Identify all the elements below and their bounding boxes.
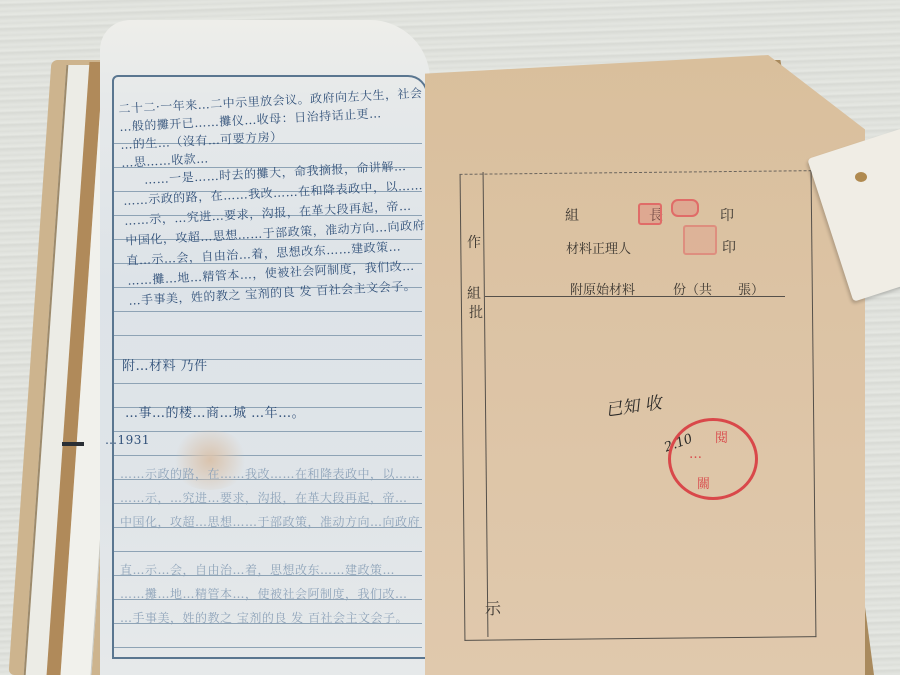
form-field-material-handler: 材料正理人 [566, 238, 631, 257]
form-field-suffix: 印 [722, 237, 736, 257]
seal-character: 關 [697, 473, 710, 492]
form-field-suffix: 份（共 張） [673, 279, 764, 298]
faded-line: 中国化，攻超…思想……于部政策，准动方向…向政府… [120, 513, 420, 530]
handwritten-paragraph: 二十二·一年来…二中示里放会议。政府向左大生，社会 …般的攤开已……攤仪…收母：… [118, 84, 435, 320]
form-side-label: 示 [485, 596, 501, 619]
faded-line: ……示，…究进…要求，沟报，在革大段再起，帝… [120, 489, 408, 506]
handwritten-date: …1931 [105, 433, 150, 447]
seal-character: … [689, 447, 702, 462]
red-seal-icon [683, 225, 717, 255]
red-seal-icon [671, 199, 699, 217]
binding-stitch-icon [62, 442, 84, 446]
faded-line: …手事美，姓的教之 宝剂的良 发 百社会主文会子。 [120, 609, 408, 626]
form-side-label: 作 [467, 232, 481, 252]
round-red-seal-icon: 閱 … 關 [668, 418, 758, 500]
faded-bleedthrough-text: ……示政的路，在……我改……在和降表政中，以…… ……示，…究进…要求，沟报，在… [120, 455, 420, 645]
faded-line: 直…示…会，自由治…着，思想改东……建政策… [120, 561, 395, 578]
form-side-label: 組 [467, 283, 481, 303]
attachment-note: 附…材料 乃件 [122, 355, 208, 374]
faded-line: ……示政的路，在……我改……在和降表政中，以…… [120, 465, 420, 482]
form-field-original-materials: 附原始材料 [570, 279, 635, 298]
red-seal-icon [638, 203, 662, 225]
paper-stain [855, 172, 867, 182]
form-field-suffix: 印 [720, 205, 734, 225]
form-side-label: 批 [469, 302, 483, 322]
seal-character: 閱 [715, 427, 728, 446]
faded-line: ……攤…地…精管本…，使被社会阿制度，我们改… [120, 585, 408, 602]
handwritten-note: …事…的楼…商…城 …年…。 [125, 402, 305, 421]
